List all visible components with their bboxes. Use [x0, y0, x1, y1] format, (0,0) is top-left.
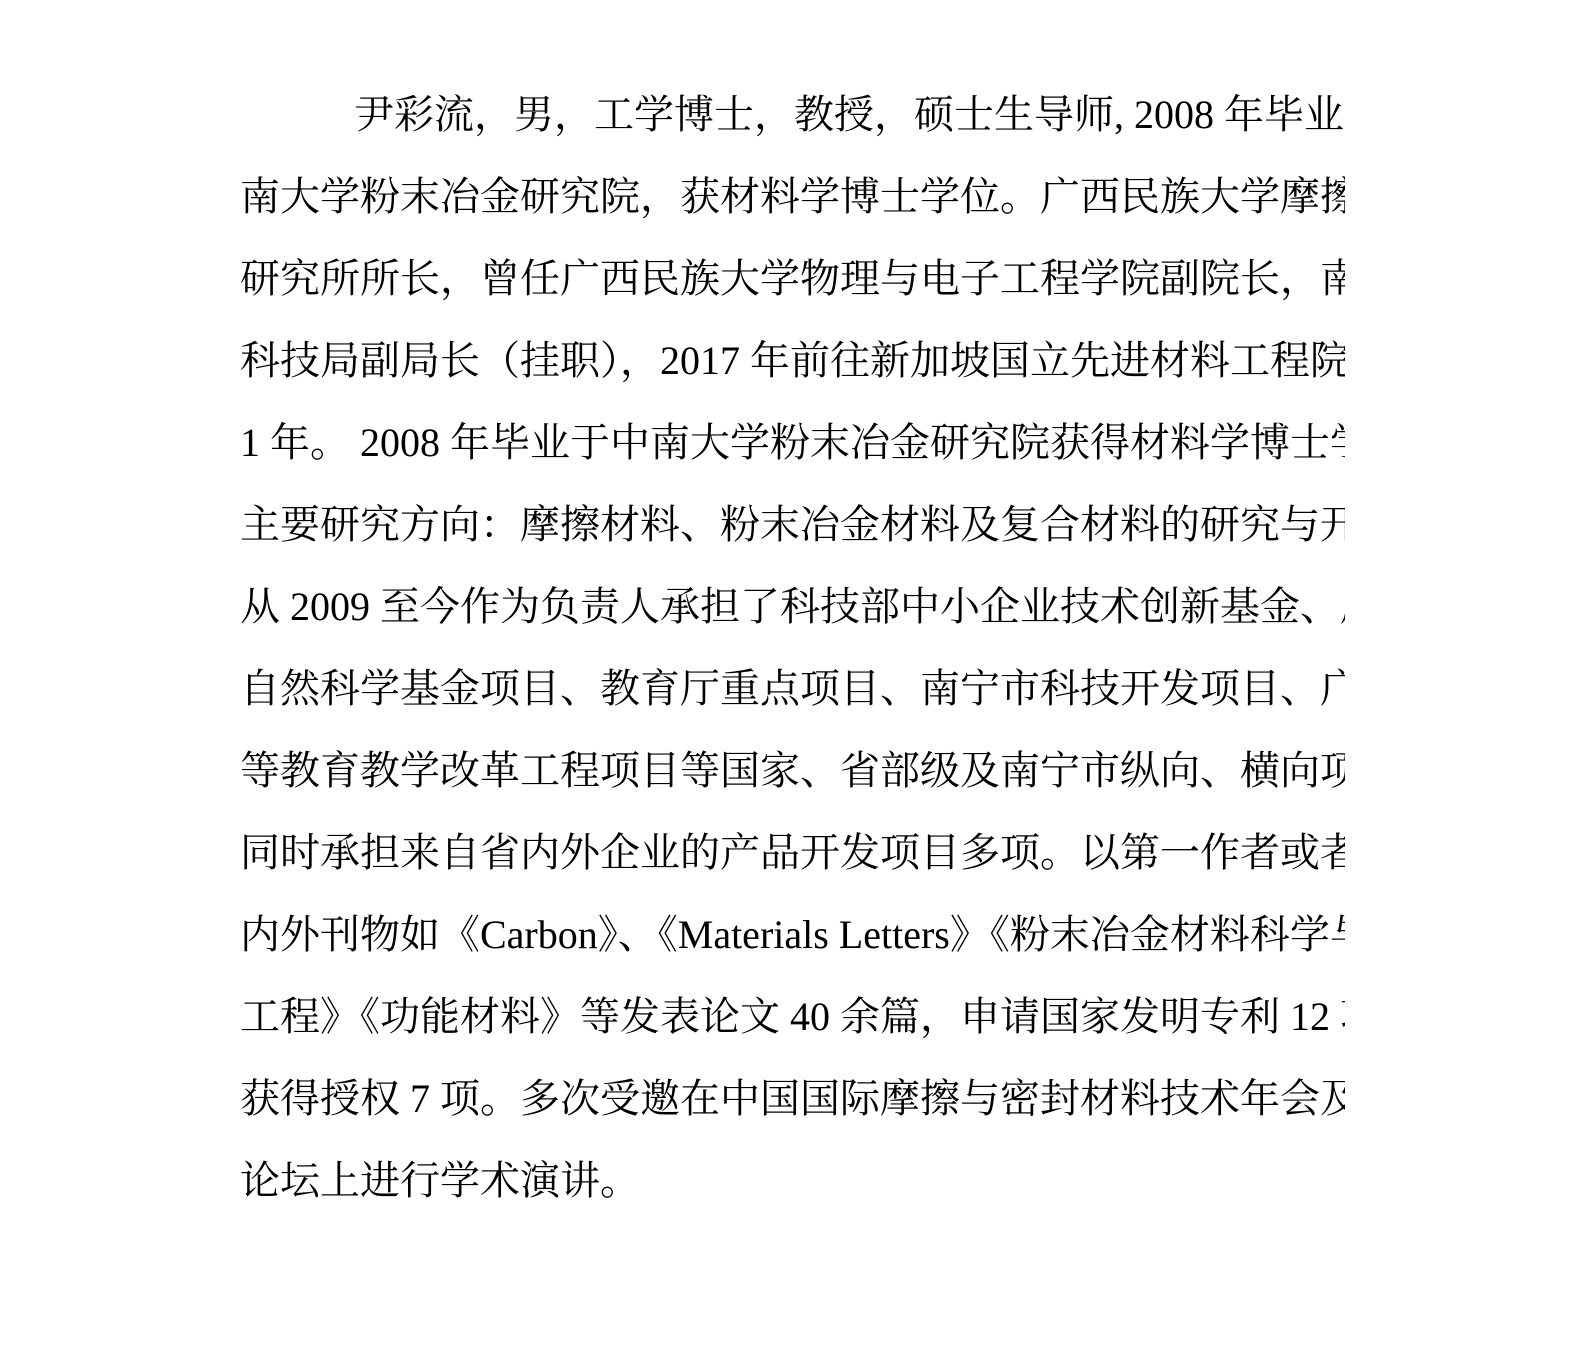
text-line: 科技局副局长（挂职），2017 年前往新加坡国立先进材料工程院访学: [240, 320, 1345, 402]
text-line: 1 年。 2008 年毕业于中南大学粉末冶金研究院获得材料学博士学位。: [240, 402, 1345, 484]
text-line: 尹彩流，男，工学博士，教授，硕士生导师, 2008 年毕业与中: [240, 74, 1345, 156]
text-line: 同时承担来自省内外企业的产品开发项目多项。以第一作者或者在国: [240, 812, 1345, 894]
text-line: 工程》《功能材料》等发表论文 40 余篇，申请国家发明专利 12 项，: [240, 976, 1345, 1058]
text-line: 主要研究方向：摩擦材料、粉末冶金材料及复合材料的研究与开发。: [240, 484, 1345, 566]
text-line: 论坛上进行学术演讲。: [240, 1140, 1345, 1222]
text-line: 自然科学基金项目、教育厅重点项目、南宁市科技开发项目、广西高: [240, 648, 1345, 730]
document-page: 尹彩流，男，工学博士，教授，硕士生导师, 2008 年毕业与中 南大学粉末冶金研…: [0, 0, 1587, 1348]
text-line: 内外刊物如《Carbon》、《Materials Letters》《粉末冶金材料…: [240, 894, 1345, 976]
text-line: 研究所所长，曾任广西民族大学物理与电子工程学院副院长，南宁市: [240, 238, 1345, 320]
biography-paragraph: 尹彩流，男，工学博士，教授，硕士生导师, 2008 年毕业与中 南大学粉末冶金研…: [240, 74, 1345, 1222]
text-line: 从 2009 至今作为负责人承担了科技部中小企业技术创新基金、广西: [240, 566, 1345, 648]
text-line: 南大学粉末冶金研究院，获材料学博士学位。广西民族大学摩擦材料: [240, 156, 1345, 238]
text-line: 获得授权 7 项。多次受邀在中国国际摩擦与密封材料技术年会及高层: [240, 1058, 1345, 1140]
text-line: 等教育教学改革工程项目等国家、省部级及南宁市纵向、横向项目，: [240, 730, 1345, 812]
